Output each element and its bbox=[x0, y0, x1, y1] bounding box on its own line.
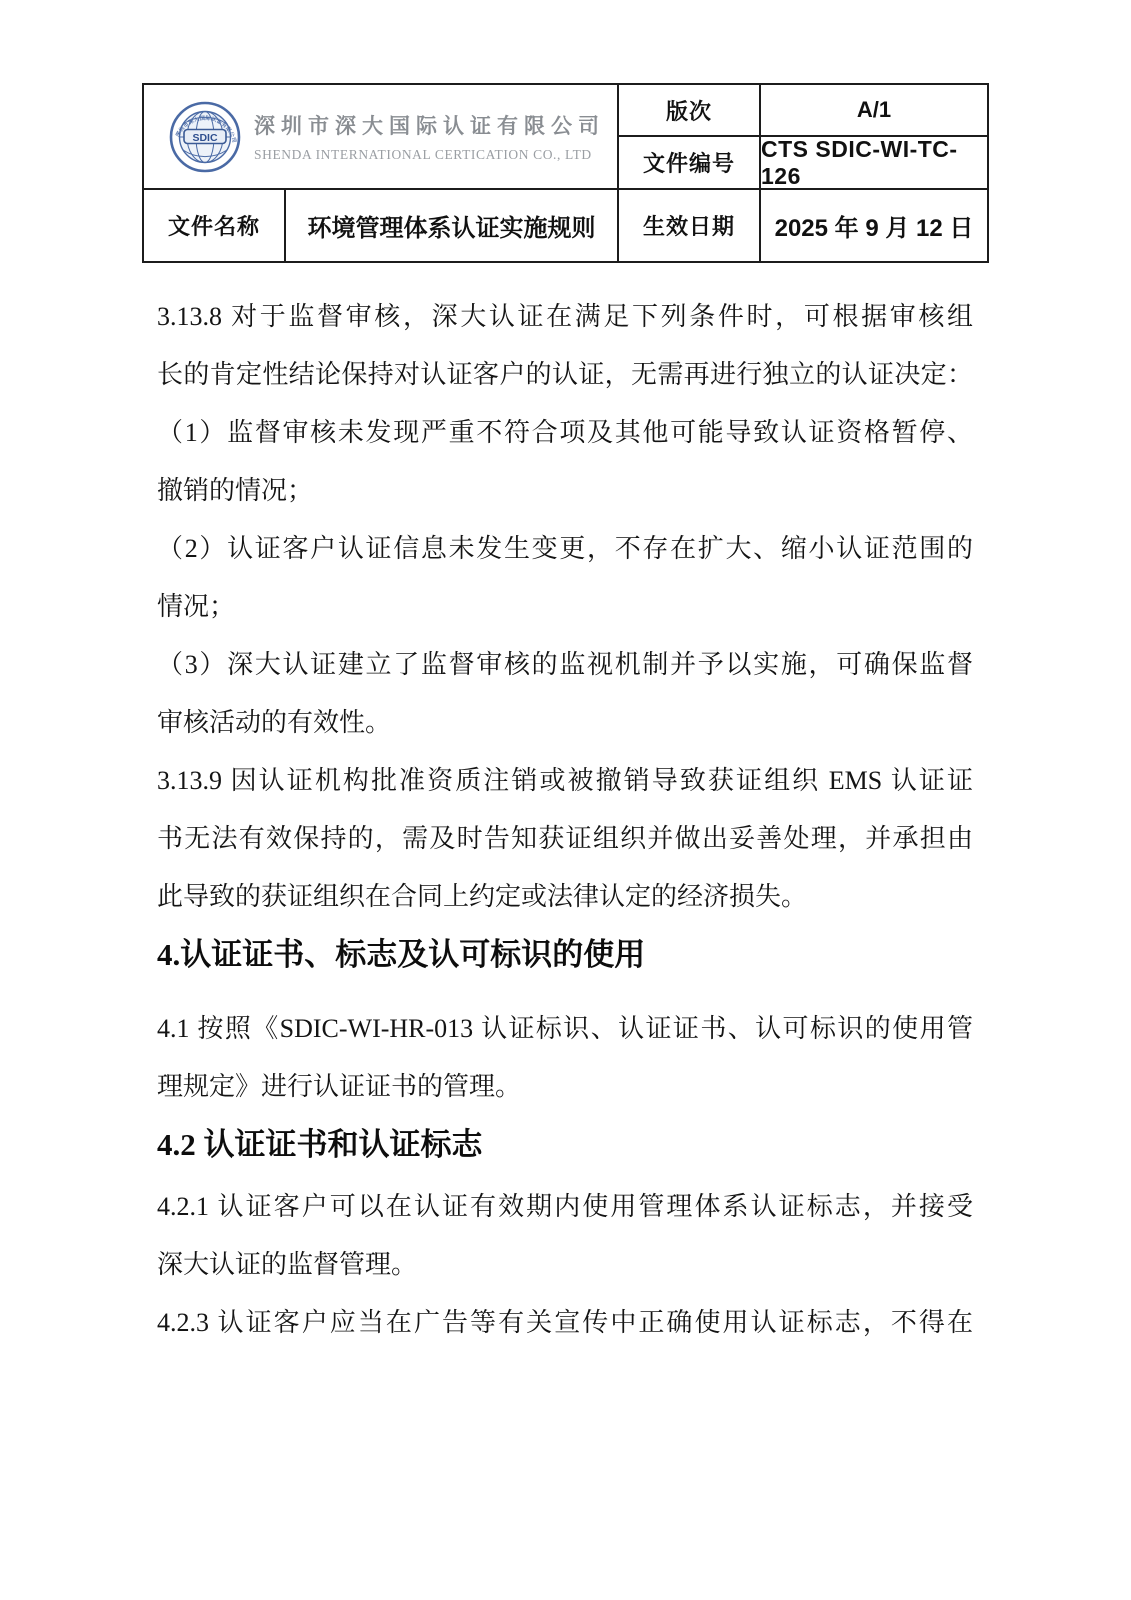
document-body: 3.13.8 对于监督审核，深大认证在满足下列条件时，可根据审核组 长的肯定性结… bbox=[157, 288, 973, 1352]
document-line: （2）认证客户认证信息未发生变更，不存在扩大、缩小认证范围的 bbox=[157, 520, 973, 578]
company-logo-cell: 深圳市深大国际认证有限公司 SDIC 深圳市深大国际认证有限公司 SHENDA … bbox=[144, 85, 617, 188]
document-line: （1）监督审核未发现严重不符合项及其他可能导致认证资格暂停、 bbox=[157, 404, 973, 462]
document-line: 书无法有效保持的，需及时告知获证组织并做出妥善处理，并承担由 bbox=[157, 810, 973, 868]
doc-name-label: 文件名称 bbox=[144, 188, 284, 261]
document-line: 4.2.1 认证客户可以在认证有效期内使用管理体系认证标志，并接受 bbox=[157, 1178, 973, 1236]
version-label: 版次 bbox=[617, 85, 759, 135]
document-line: （3）深大认证建立了监督审核的监视机制并予以实施，可确保监督 bbox=[157, 636, 973, 694]
doc-name-value: 环境管理体系认证实施规则 bbox=[284, 188, 617, 261]
logo-sdic-text: SDIC bbox=[192, 131, 218, 143]
document-line: 4.1 按照《SDIC-WI-HR-013 认证标识、认证证书、认可标识的使用管 bbox=[157, 1000, 973, 1058]
section-heading: 4.2 认证证书和认证标志 bbox=[157, 1116, 973, 1178]
document-line: 长的肯定性结论保持对认证客户的认证，无需再进行独立的认证决定： bbox=[157, 346, 973, 404]
doc-number-value: CTS SDIC-WI-TC-126 bbox=[759, 135, 987, 188]
document-line: 此导致的获证组织在合同上约定或法律认定的经济损失。 bbox=[157, 868, 973, 926]
section-heading: 4.认证证书、标志及认可标识的使用 bbox=[157, 926, 973, 1000]
company-name-cn: 深圳市深大国际认证有限公司 bbox=[254, 110, 605, 140]
document-line: 情况； bbox=[157, 578, 973, 636]
document-line: 4.2.3 认证客户应当在广告等有关宣传中正确使用认证标志，不得在 bbox=[157, 1294, 973, 1352]
sdic-logo-icon: 深圳市深大国际认证有限公司 SDIC bbox=[168, 100, 242, 174]
document-line: 3.13.9 因认证机构批准资质注销或被撤销导致获证组织 EMS 认证证 bbox=[157, 752, 973, 810]
document-line: 理规定》进行认证证书的管理。 bbox=[157, 1058, 973, 1116]
company-names: 深圳市深大国际认证有限公司 SHENDA INTERNATIONAL CERTI… bbox=[254, 110, 605, 163]
document-page: { "header": { "logo": { "sdic_label": "S… bbox=[0, 0, 1131, 1600]
document-header-table: 深圳市深大国际认证有限公司 SDIC 深圳市深大国际认证有限公司 SHENDA … bbox=[142, 83, 989, 263]
document-line: 撤销的情况； bbox=[157, 462, 973, 520]
version-value: A/1 bbox=[759, 85, 987, 135]
document-line: 审核活动的有效性。 bbox=[157, 694, 973, 752]
doc-number-label: 文件编号 bbox=[617, 135, 759, 188]
document-line: 3.13.8 对于监督审核，深大认证在满足下列条件时，可根据审核组 bbox=[157, 288, 973, 346]
document-line: 深大认证的监督管理。 bbox=[157, 1236, 973, 1294]
effective-date-label: 生效日期 bbox=[617, 188, 759, 261]
effective-date-value: 2025 年 9 月 12 日 bbox=[759, 188, 987, 261]
company-name-en: SHENDA INTERNATIONAL CERTICATION CO., LT… bbox=[254, 147, 605, 163]
